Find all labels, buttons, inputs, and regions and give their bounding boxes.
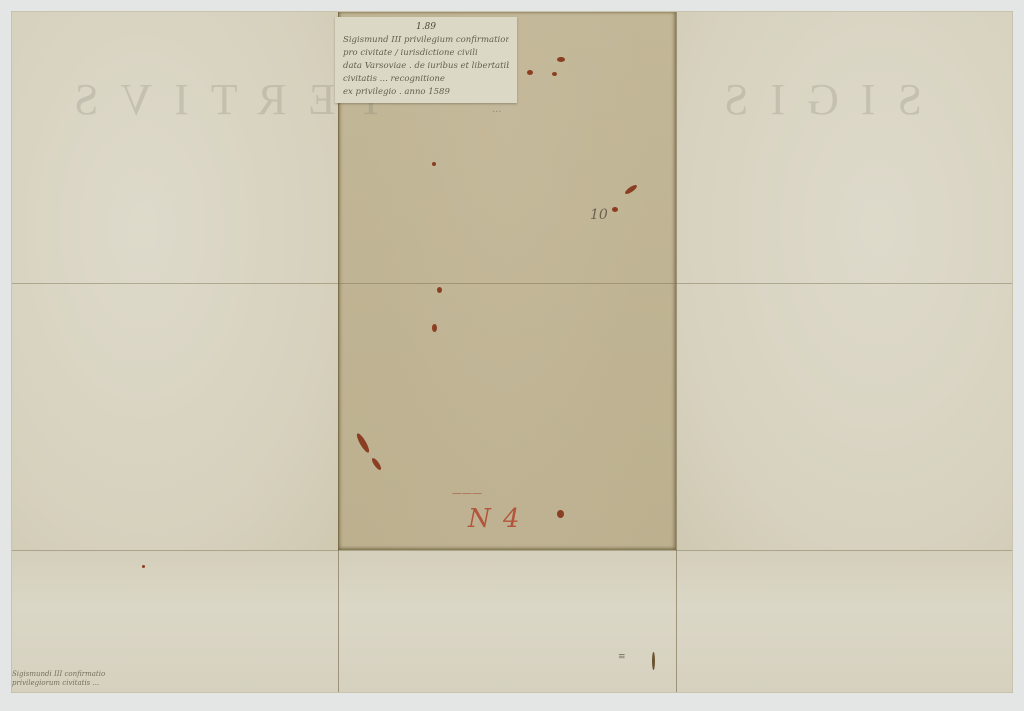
label-line: pro civitate / iurisdictione civili xyxy=(343,47,509,60)
stain xyxy=(552,72,557,76)
bottom-mid-mark: ≡ xyxy=(618,652,626,662)
stain xyxy=(437,287,442,293)
showthrough-text-right: SIGIS xyxy=(702,74,922,125)
label-line: data Varsoviae . de iuribus et libertati… xyxy=(343,60,509,73)
label-line: civitatis ... recognitione xyxy=(343,73,509,86)
stain xyxy=(432,162,436,166)
stain xyxy=(557,57,565,62)
stain xyxy=(432,324,437,332)
bottom-flap xyxy=(12,550,1012,692)
stain xyxy=(527,70,533,75)
stain xyxy=(652,652,655,670)
label-line: ex privilegio . anno 1589 xyxy=(343,86,509,99)
label-number: 1.89 xyxy=(343,21,509,34)
label-line: Sigismund III privilegium confirmationis xyxy=(343,34,509,47)
margin-number: 10 xyxy=(590,207,608,223)
stain xyxy=(612,207,618,212)
fold-line-horizontal-upper xyxy=(12,283,1012,284)
fold-line-horizontal-lower xyxy=(12,550,1012,551)
stain xyxy=(142,565,145,568)
stain xyxy=(557,510,564,518)
shelfmark: N 4 xyxy=(468,504,522,534)
faded-annotation-top: ... xyxy=(492,104,502,115)
shelfmark-underline: ——— xyxy=(452,488,482,499)
parchment-sheet: TERTIVS SIGIS 1.89 Sigismund III privile… xyxy=(12,12,1012,692)
archival-label-slip: 1.89 Sigismund III privilegium confirmat… xyxy=(335,17,517,103)
fold-line-vertical-right xyxy=(676,12,677,692)
bottom-left-annotation: Sigismundi III confirmatio privilegiorum… xyxy=(12,670,132,688)
